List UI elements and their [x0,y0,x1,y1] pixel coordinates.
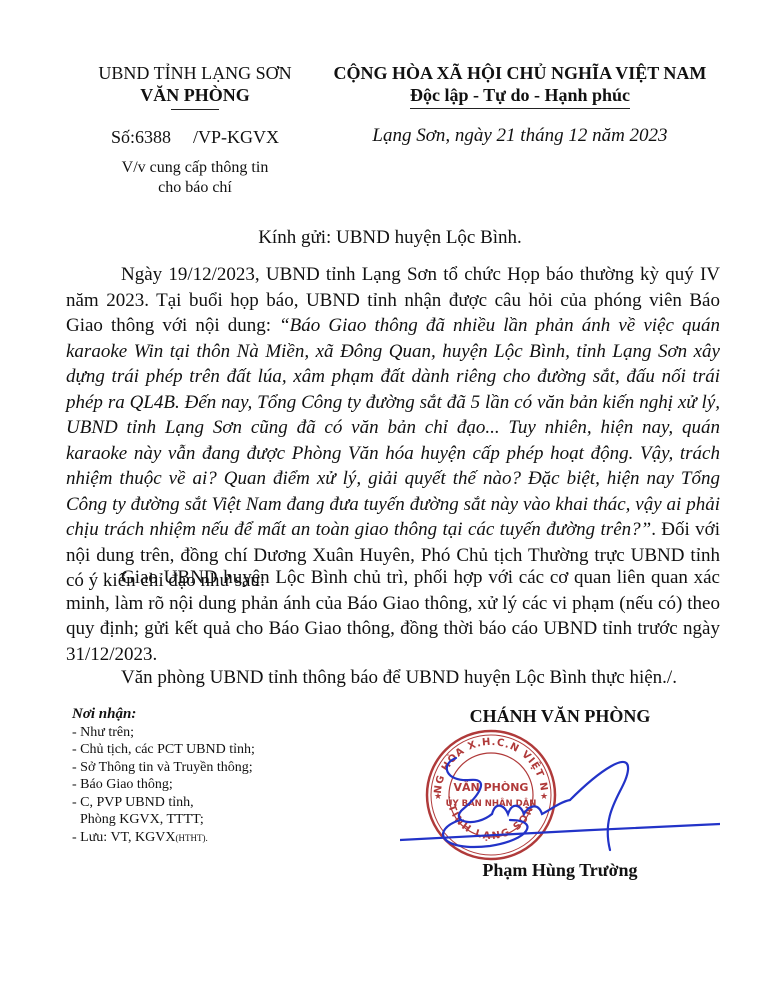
press-question-quote: “Báo Giao thông đã nhiều lần phản ánh về… [66,315,720,540]
issuing-agency-block: UBND TỈNH LẠNG SƠN VĂN PHÒNG Số:6388/VP-… [70,62,320,198]
recipient-item: - Sở Thông tin và Truyền thông; [72,759,332,777]
national-header-block: CỘNG HÒA XÃ HỘI CHỦ NGHĨA VIỆT NAM Độc l… [320,62,720,147]
recipients-list: Nơi nhận: - Như trên; - Chủ tịch, các PC… [72,706,332,847]
recipient-item: - Báo Giao thông; [72,776,332,794]
document-number-suffix: /VP-KGVX [193,127,279,147]
recipient-item: - Như trên; [72,724,332,742]
national-title: CỘNG HÒA XÃ HỘI CHỦ NGHĨA VIỆT NAM [320,62,720,84]
agency-underline [171,109,219,110]
para2-text: Giao UBND huyện Lộc Bình chủ trì, phối h… [66,567,720,665]
body-paragraph-1: Ngày 19/12/2023, UBND tỉnh Lạng Sơn tổ c… [66,262,720,594]
signer-title: CHÁNH VĂN PHÒNG [440,706,680,727]
archive-label: - Lưu: VT, KGVX [72,830,176,845]
subject-line-2: cho báo chí [70,178,320,198]
document-subject: V/v cung cấp thông tin cho báo chí [70,158,320,198]
signer-name: Phạm Hùng Trường [440,860,680,881]
recipient-item-archive: - Lưu: VT, KGVX(HTHT). [72,829,332,848]
document-number-prefix: Số:6388 [111,127,171,147]
place-date: Lạng Sơn, ngày 21 tháng 12 năm 2023 [320,125,720,147]
recipient-item: - C, PVP UBND tỉnh, [72,794,332,812]
document-number: Số:6388/VP-KGVX [70,126,320,148]
body-paragraph-3: Văn phòng UBND tỉnh thông báo để UBND hu… [66,665,720,691]
archive-initials: (HTHT). [176,833,208,843]
national-motto: Độc lập - Tự do - Hạnh phúc [410,84,630,109]
body-paragraph-2: Giao UBND huyện Lộc Bình chủ trì, phối h… [66,565,720,667]
para3-text: Văn phòng UBND tỉnh thông báo để UBND hu… [121,667,677,688]
recipient-item: - Chủ tịch, các PCT UBND tỉnh; [72,741,332,759]
addressee: Kính gửi: UBND huyện Lộc Bình. [60,227,720,249]
agency-parent: UBND TỈNH LẠNG SƠN [70,62,320,84]
recipient-item: Phòng KGVX, TTTT; [72,811,332,829]
recipients-title: Nơi nhận: [72,706,332,724]
agency-name: VĂN PHÒNG [70,84,320,106]
handwritten-signature-icon [400,740,720,860]
subject-line-1: V/v cung cấp thông tin [70,158,320,178]
